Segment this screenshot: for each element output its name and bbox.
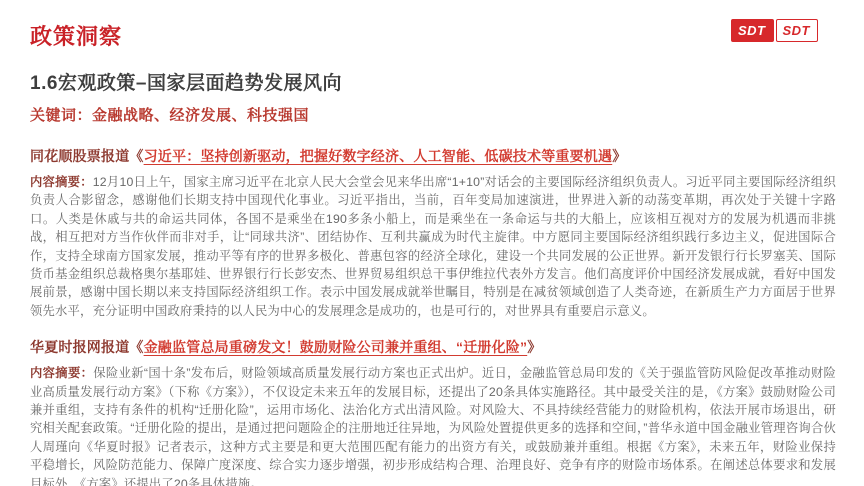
news-section-2: 华夏时报网报道《金融监管总局重磅发文！鼓励财险公司兼并重组、“迁册化险”》 内容… [30, 337, 836, 486]
news-header-2: 华夏时报网报道《金融监管总局重磅发文！鼓励财险公司兼并重组、“迁册化险”》 [30, 337, 836, 357]
keywords-line: 关键词：金融战略、经济发展、科技强国 [30, 104, 836, 125]
news-summary-2: 内容摘要：保险业新“国十条”发布后，财险领域高质量发展行动方案也正式出炉。近日，… [30, 364, 836, 486]
summary-text-1: 12月10日上午，国家主席习近平在北京人民大会堂会见来华出席“1+10”对话会的… [30, 175, 836, 318]
section-heading: 1.6宏观政策–国家层面趋势发展风向 [30, 68, 836, 95]
slide-page: 政策洞察 SDT SDT 1.6宏观政策–国家层面趋势发展风向 关键词：金融战略… [0, 0, 864, 486]
summary-label-1: 内容摘要： [30, 175, 93, 189]
news-header-1: 同花顺股票报道《习近平：坚持创新驱动，把握好数字经济、人工智能、低碳技术等重要机… [30, 146, 836, 166]
news-title-link-1[interactable]: 习近平：坚持创新驱动，把握好数字经济、人工智能、低碳技术等重要机遇 [144, 148, 613, 164]
news-source-2: 华夏时报网报道《 [30, 339, 144, 355]
news-title-link-2[interactable]: 金融监管总局重磅发文！鼓励财险公司兼并重组、“迁册化险” [144, 339, 528, 355]
news-bracket-close-2: 》 [527, 339, 541, 355]
summary-text-2: 保险业新“国十条”发布后，财险领域高质量发展行动方案也正式出炉。近日，金融监管总… [30, 366, 836, 486]
news-summary-1: 内容摘要：12月10日上午，国家主席习近平在北京人民大会堂会见来华出席“1+10… [30, 173, 836, 320]
sdt-logo-right: SDT [776, 19, 819, 42]
summary-label-2: 内容摘要： [30, 366, 93, 380]
news-bracket-close-1: 》 [612, 148, 626, 164]
sdt-logo: SDT SDT [731, 19, 818, 42]
header-bar: 政策洞察 SDT SDT [30, 16, 836, 51]
news-section-1: 同花顺股票报道《习近平：坚持创新驱动，把握好数字经济、人工智能、低碳技术等重要机… [30, 146, 836, 320]
news-source-1: 同花顺股票报道《 [30, 148, 144, 164]
page-title: 政策洞察 [30, 20, 122, 51]
sdt-logo-left: SDT [731, 19, 774, 42]
